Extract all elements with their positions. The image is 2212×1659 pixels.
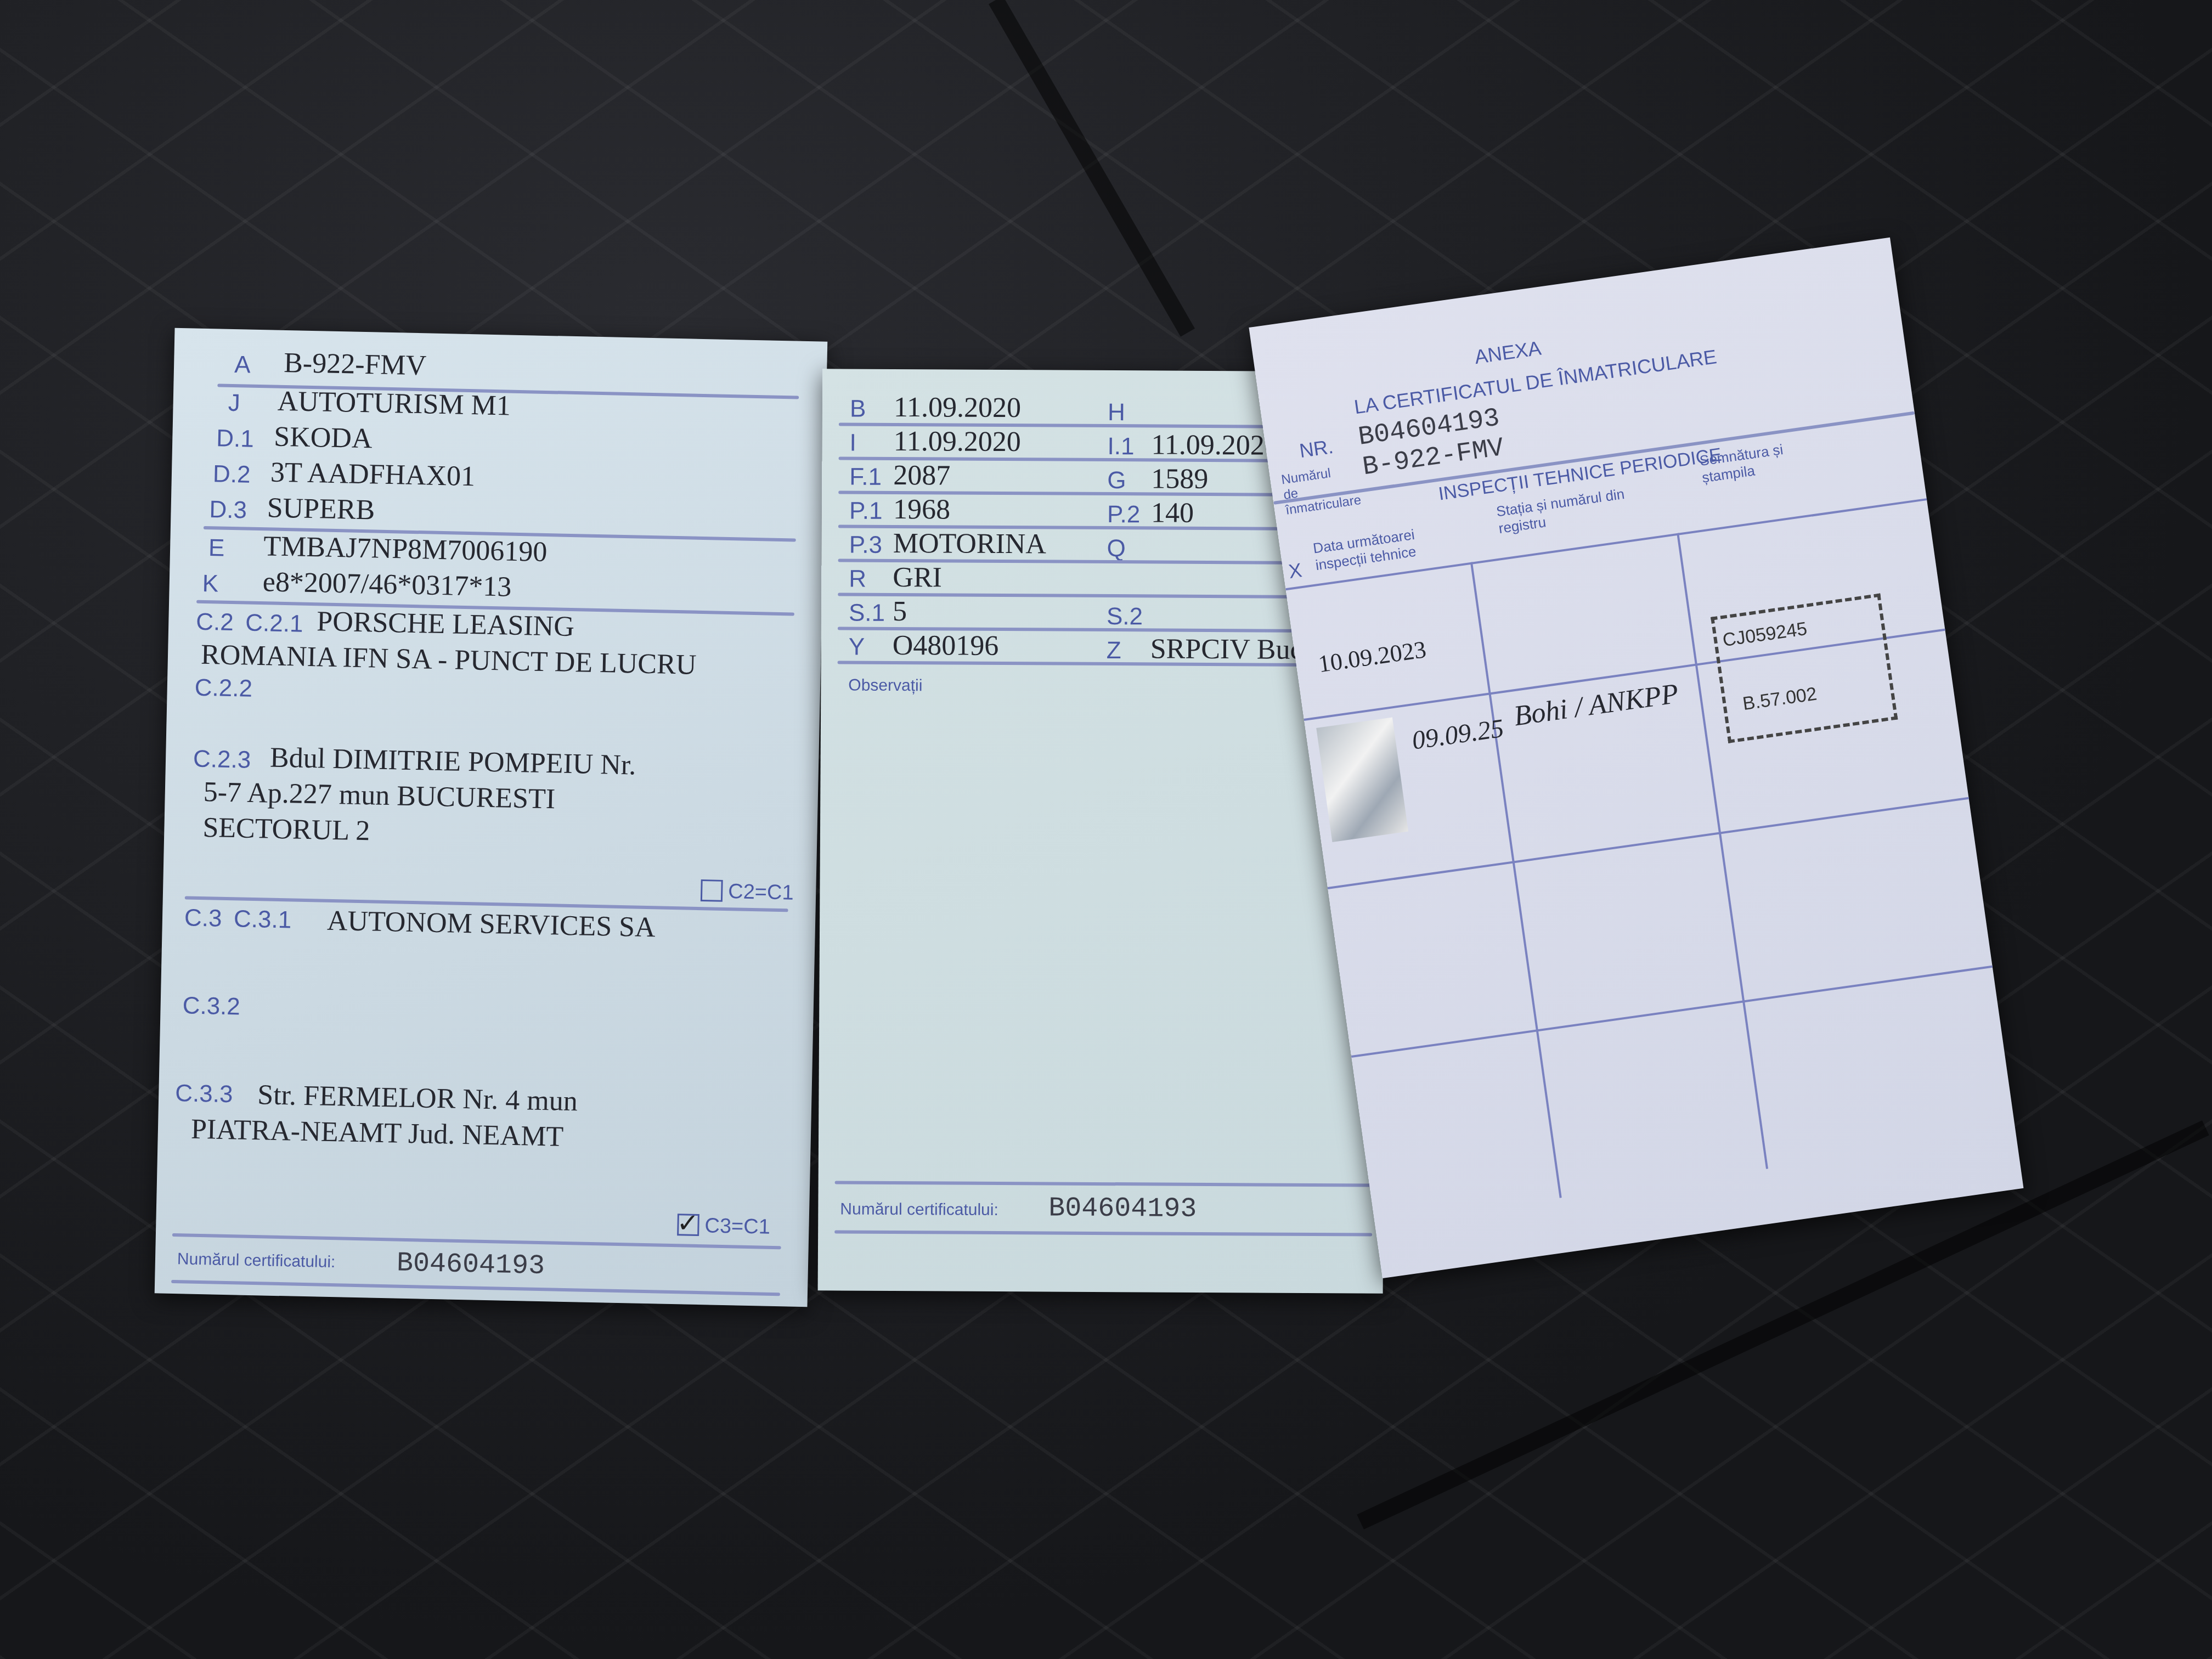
field-code: Q bbox=[1107, 535, 1126, 562]
field-code: J bbox=[228, 390, 240, 417]
field-plate-number: B-922-FMV bbox=[284, 347, 427, 382]
field-code: D.3 bbox=[209, 496, 247, 524]
field-c23-line2: 5-7 Ap.227 mun BUCURESTI bbox=[203, 776, 555, 815]
field-code: S.1 bbox=[849, 600, 885, 627]
field-c23-line3: SECTORUL 2 bbox=[202, 811, 370, 847]
c3-equals-c1-checkbox[interactable]: ✓ bbox=[677, 1214, 699, 1236]
inspection-stamp: CJ059245 B.57.002 bbox=[1711, 594, 1898, 743]
certificate-number: B04604193 bbox=[1048, 1193, 1197, 1224]
field-vin: TMBAJ7NP8M7006190 bbox=[263, 530, 548, 568]
annex-page: ANEXA LA CERTIFICATUL DE ÎNMATRICULARE N… bbox=[1249, 238, 2023, 1278]
field-value: 11.09.2020 bbox=[894, 391, 1021, 424]
field-code: H bbox=[1108, 399, 1125, 426]
registration-page-left: A B-922-FMV J AUTOTURISM M1 D.1 SKODA D.… bbox=[155, 328, 828, 1307]
field-code: C.2.2 bbox=[194, 674, 252, 703]
field-value: O480196 bbox=[893, 629, 999, 662]
grid-line bbox=[1351, 966, 1993, 1058]
divider bbox=[835, 1181, 1373, 1187]
field-code: C.3 bbox=[184, 904, 223, 932]
handwritten-date: 09.09.25 bbox=[1410, 713, 1505, 756]
divider bbox=[171, 1280, 780, 1296]
field-code: C.2 bbox=[196, 608, 234, 636]
divider bbox=[838, 592, 1364, 599]
grid-line bbox=[1470, 562, 1562, 1198]
observations-label: Observații bbox=[848, 676, 922, 696]
field-type: 3T AADFHAX01 bbox=[270, 456, 475, 493]
c2-equals-c1-label: C2=C1 bbox=[728, 880, 794, 905]
field-c21-line1: PORSCHE LEASING bbox=[317, 605, 575, 643]
field-code: D.1 bbox=[216, 425, 255, 453]
annex-title: ANEXA bbox=[1473, 337, 1543, 369]
field-value: 11.09.2020 bbox=[894, 425, 1021, 458]
field-value: GRI bbox=[893, 561, 942, 594]
field-c33-line1: Str. FERMELOR Nr. 4 mun bbox=[257, 1079, 578, 1118]
nr-label: NR. bbox=[1298, 435, 1335, 462]
field-code: P.3 bbox=[849, 532, 883, 559]
field-type-approval: e8*2007/46*0317*13 bbox=[262, 566, 512, 603]
field-value: 2087 bbox=[893, 459, 950, 492]
next-inspection-date: 10.09.2023 bbox=[1317, 635, 1428, 678]
field-code: K bbox=[202, 570, 218, 598]
field-code: S.2 bbox=[1107, 603, 1143, 630]
field-value: 5 bbox=[893, 595, 907, 628]
field-code: C.3.2 bbox=[182, 992, 240, 1020]
field-value: 11.09.2020 bbox=[1152, 428, 1279, 461]
field-c31-value: AUTONOM SERVICES SA bbox=[326, 905, 656, 944]
stamp-code: CJ059245 bbox=[1722, 618, 1809, 651]
field-value: 1968 bbox=[893, 493, 950, 526]
field-code: Z bbox=[1107, 637, 1121, 664]
registration-number-label: Numărul de înmatriculare bbox=[1280, 464, 1352, 518]
x-label: X bbox=[1287, 558, 1304, 583]
column-next-inspection: Data următoarei inspecții tehnice bbox=[1312, 522, 1447, 574]
seat-seam bbox=[989, 0, 1195, 337]
field-code: C.2.3 bbox=[193, 746, 251, 774]
field-code: P.1 bbox=[849, 498, 883, 525]
field-c21-line2: ROMANIA IFN SA - PUNCT DE LUCRU bbox=[200, 639, 696, 681]
field-code: E bbox=[208, 534, 225, 562]
field-code: P.2 bbox=[1107, 501, 1141, 528]
certificate-number-label: Numărul certificatului: bbox=[177, 1250, 336, 1272]
field-c23-line1: Bdul DIMITRIE POMPEIU Nr. bbox=[270, 742, 636, 782]
field-code: I.1 bbox=[1108, 433, 1135, 460]
field-code: D.2 bbox=[212, 460, 251, 488]
field-code: I bbox=[850, 430, 856, 457]
checkmark-icon: ✓ bbox=[676, 1207, 699, 1239]
field-code: C.3.3 bbox=[175, 1080, 233, 1108]
field-value: 1589 bbox=[1151, 462, 1208, 495]
field-code: C.2.1 bbox=[245, 610, 303, 638]
c2-equals-c1-checkbox[interactable] bbox=[701, 879, 723, 902]
certificate-number: B04604193 bbox=[396, 1248, 545, 1283]
field-code: B bbox=[850, 396, 866, 423]
field-c33-line2: PIATRA-NEAMT Jud. NEAMT bbox=[190, 1113, 563, 1153]
hologram-sticker bbox=[1316, 718, 1408, 842]
field-model: SUPERB bbox=[267, 492, 375, 526]
field-code: A bbox=[234, 351, 251, 379]
divider bbox=[834, 1230, 1372, 1236]
field-vehicle-category: AUTOTURISM M1 bbox=[277, 385, 511, 422]
field-code: Y bbox=[849, 634, 865, 661]
field-make: SKODA bbox=[274, 421, 373, 455]
field-value: 140 bbox=[1151, 496, 1194, 529]
grid-line bbox=[1328, 797, 1969, 889]
field-code: G bbox=[1107, 467, 1126, 494]
field-code: C.3.1 bbox=[233, 905, 291, 934]
field-code: F.1 bbox=[849, 464, 882, 491]
certificate-number-label: Numărul certificatului: bbox=[840, 1200, 998, 1220]
stamp-registry: B.57.002 bbox=[1741, 684, 1818, 715]
c3-equals-c1-label: C3=C1 bbox=[704, 1214, 770, 1239]
field-value: MOTORINA bbox=[893, 527, 1047, 560]
field-code: R bbox=[849, 566, 866, 593]
